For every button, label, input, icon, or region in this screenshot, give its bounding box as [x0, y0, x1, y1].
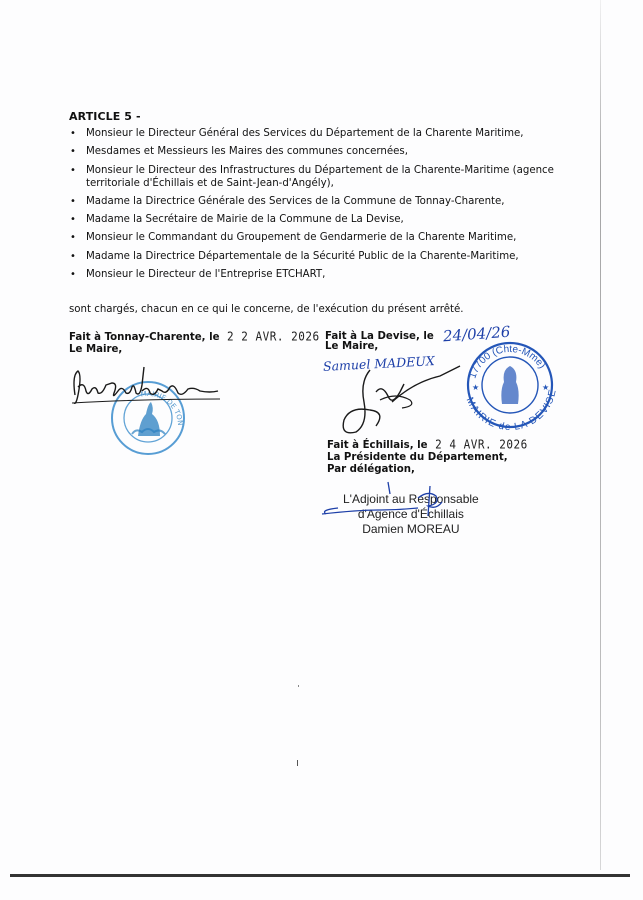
place-date-label: Fait à Tonnay-Charente, le [69, 332, 219, 343]
svg-text:★: ★ [542, 383, 549, 392]
signer-role: La Présidente du Département, [327, 452, 528, 464]
recipient-item: Madame la Secrétaire de Mairie de la Com… [69, 213, 569, 226]
place-date-label: Fait à Échillais, le [327, 440, 428, 451]
date-stamp: 2 4 AVR. 2026 [435, 438, 528, 452]
signature-block-echillais: Fait à Échillais, le 2 4 AVR. 2026 La Pr… [327, 439, 528, 476]
recipient-item: Monsieur le Directeur des Infrastructure… [69, 164, 569, 190]
scan-speck [298, 685, 299, 687]
mayor-ladevise-signature-icon [330, 362, 470, 442]
closing-statement: sont chargés, chacun en ce qui le concer… [69, 304, 463, 315]
recipient-item: Mesdames et Messieurs les Maires des com… [69, 145, 569, 158]
recipient-item: Madame la Directrice Départementale de l… [69, 250, 569, 263]
delegate-signature-icon [318, 480, 478, 520]
signature-block-tonnay: Fait à Tonnay-Charente, le 2 2 AVR. 2026… [69, 331, 320, 356]
scan-speck [297, 760, 298, 766]
recipient-item: Monsieur le Commandant du Groupement de … [69, 231, 569, 244]
recipient-item: Madame la Directrice Générale des Servic… [69, 195, 569, 208]
signer-role: Le Maire, [69, 344, 320, 356]
recipient-item: Monsieur le Directeur de l'Entreprise ET… [69, 268, 569, 281]
date-stamp: 2 2 AVR. 2026 [227, 330, 320, 344]
delegate-name: Damien MOREAU [343, 522, 479, 537]
recipient-item: Monsieur le Directeur Général des Servic… [69, 127, 569, 140]
svg-text:★: ★ [472, 383, 479, 392]
article-heading: ARTICLE 5 - [69, 110, 141, 123]
recipients-list: Monsieur le Directeur Général des Servic… [69, 127, 569, 286]
delegation-note: Par délégation, [327, 464, 528, 476]
footer-rule [10, 874, 630, 877]
mayor-tonnay-signature-icon [70, 365, 230, 415]
mairie-ladevise-seal-icon: 17700 (Chte-Mme) MAIRIE de LA DEVISE ★ ★ [462, 340, 558, 430]
scan-edge-line [600, 0, 601, 870]
